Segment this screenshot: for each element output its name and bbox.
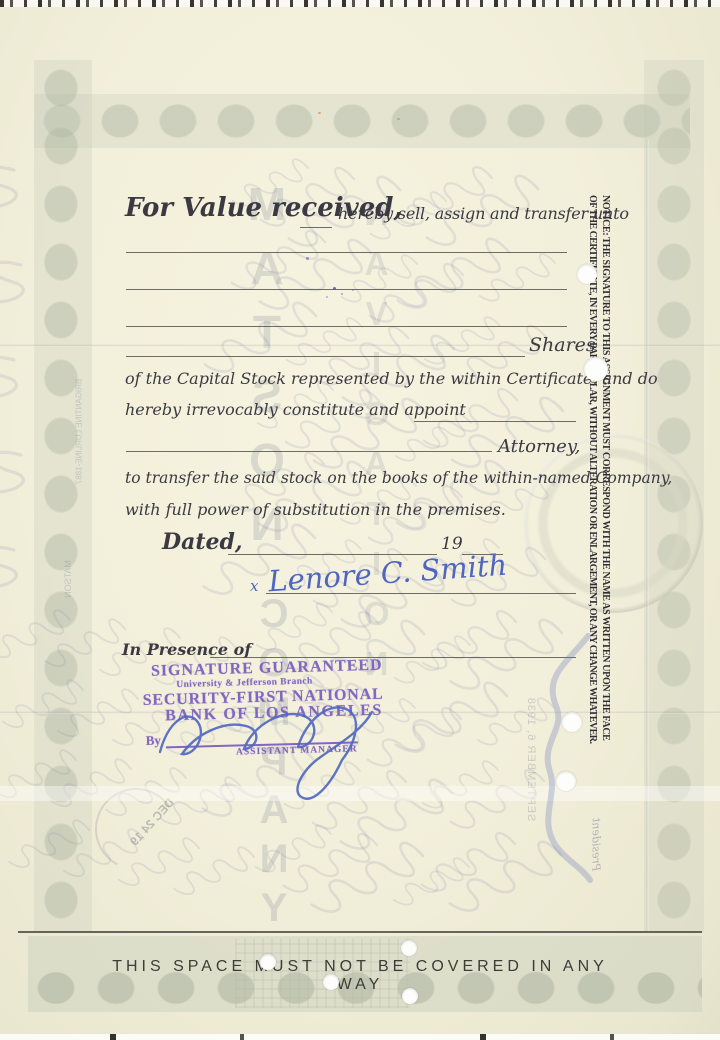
signature-guarantee-stamp: SIGNATURE GUARANTEED University & Jeffer… <box>139 655 374 765</box>
stamp-title-text: ASSISTANT MANAGER <box>236 744 358 757</box>
blank-line <box>126 326 567 327</box>
embossed-seal <box>523 433 703 613</box>
punch-hole <box>556 771 576 791</box>
certificate-back-scan: MATSON NAVIGATION COMPANY SEPTEMBER 6, 1… <box>0 0 720 1040</box>
footer-rule <box>18 931 702 933</box>
punch-hole <box>562 712 582 732</box>
fold-crease <box>0 344 720 347</box>
punch-hole <box>401 940 417 956</box>
torn-edge-bottom <box>0 1034 720 1040</box>
sell-assign-text: hereby sell, assign and transfer unto <box>338 204 629 223</box>
punch-hole <box>260 954 276 970</box>
presence-label: In Presence of <box>122 640 251 659</box>
paper-fleck <box>397 118 400 120</box>
blank-line-appoint <box>414 421 576 422</box>
capital-stock-text: of the Capital Stock represented by the … <box>125 369 658 388</box>
bleed-vignette-caption: BRIGANTINE LURLINE-1887 <box>75 372 84 492</box>
border-bleed-top <box>34 94 690 148</box>
dated-label: Dated, <box>162 529 243 555</box>
constitute-text: hereby irrevocably constitute and appoin… <box>125 400 466 419</box>
punch-hole <box>323 974 339 990</box>
ink-speck <box>341 293 343 295</box>
transfer-text: to transfer the said stock on the books … <box>125 469 672 487</box>
blank-line <box>126 252 567 253</box>
paper-fleck <box>318 112 321 114</box>
bleed-president-label: President <box>590 805 603 885</box>
blank-line-attorney <box>126 451 492 452</box>
notice-line-1: NOTICE: THE SIGNATURE TO THIS ASSIGNMENT… <box>599 195 612 687</box>
blank-line-shares <box>126 356 525 357</box>
fold-crease-vertical <box>646 140 649 932</box>
bleed-company-word-3: COMPANY <box>252 592 297 935</box>
footer-warning-text: THIS SPACE MUST NOT BE COVERED IN ANY WA… <box>110 958 610 994</box>
scan-light-band <box>0 786 720 801</box>
attorney-label: Attorney, <box>498 436 580 457</box>
border-bleed-left <box>34 60 92 932</box>
substitution-text: with full power of substitution in the p… <box>125 500 506 519</box>
ink-speck <box>306 257 309 260</box>
punch-hole <box>402 988 418 1004</box>
bleed-company-word-2: NAVIGATION <box>358 195 396 695</box>
stamp-by-label: By <box>146 733 162 749</box>
torn-edge-top <box>0 0 720 7</box>
ink-speck <box>333 287 336 290</box>
shares-label: Shares <box>529 334 596 356</box>
blank-line-name <box>300 227 332 228</box>
ink-speck <box>326 296 328 298</box>
punch-hole <box>577 264 597 284</box>
holder-signature-mark: x <box>250 577 258 595</box>
ink-speck <box>352 289 354 291</box>
bleed-issue-date: SEPTEMBER 6, 1938 <box>525 679 537 839</box>
blank-line <box>126 289 567 290</box>
bleed-small-matson: MATSON <box>63 549 73 609</box>
punch-hole <box>584 357 608 381</box>
